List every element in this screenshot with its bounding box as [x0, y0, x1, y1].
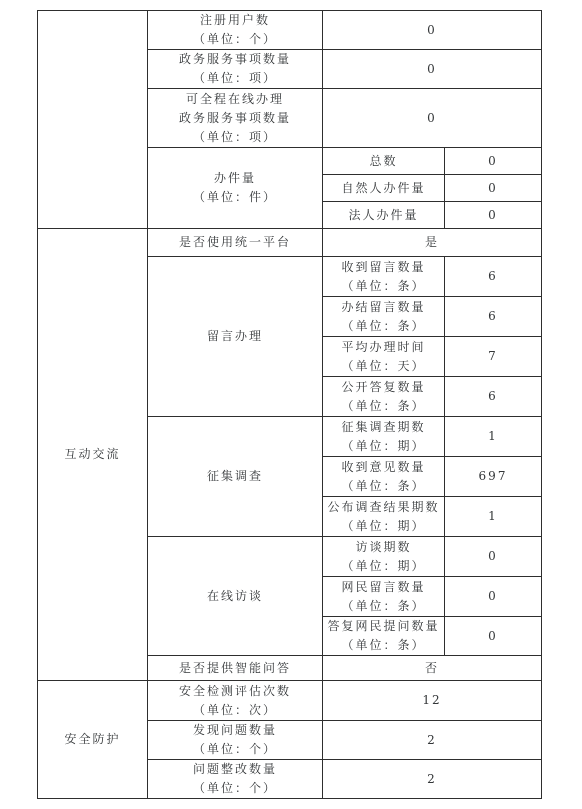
service-items-value: 0 [323, 50, 542, 89]
opinions-received-value: 697 [445, 457, 542, 497]
survey-results-value: 1 [445, 497, 542, 537]
problems-found-value: 2 [323, 721, 542, 760]
report-page: 注册用户数 （单位：个） 0 政务服务事项数量 （单位：项） 0 可全程在线办理… [0, 0, 582, 809]
interview-periods-value: 0 [445, 537, 542, 577]
message-handling-label: 留言办理 [148, 257, 323, 417]
opinions-received-label: 收到意见数量 （单位：条） [323, 457, 445, 497]
registered-users-label: 注册用户数 （单位：个） [148, 11, 323, 50]
smart-qa-value: 否 [323, 656, 542, 681]
public-replies-label: 公开答复数量 （单位：条） [323, 377, 445, 417]
online-interview-label: 在线访谈 [148, 537, 323, 656]
security-checks-label: 安全检测评估次数 （单位：次） [148, 681, 323, 721]
case-volume-label: 办件量 （单位：件） [148, 148, 323, 229]
smart-qa-label: 是否提供智能问答 [148, 656, 323, 681]
problems-found-label: 发现问题数量 （单位：个） [148, 721, 323, 760]
table-row: 安全防护 安全检测评估次数 （单位：次） 12 [38, 681, 542, 721]
case-total-label: 总数 [323, 148, 445, 175]
case-legal-person-label: 法人办件量 [323, 202, 445, 229]
case-total-value: 0 [445, 148, 542, 175]
case-legal-person-value: 0 [445, 202, 542, 229]
problems-rectified-label: 问题整改数量 （单位：个） [148, 760, 323, 799]
category-cell-security: 安全防护 [38, 681, 148, 799]
messages-resolved-label: 办结留言数量 （单位：条） [323, 297, 445, 337]
public-replies-value: 6 [445, 377, 542, 417]
survey-periods-label: 征集调查期数 （单位：期） [323, 417, 445, 457]
netizen-messages-label: 网民留言数量 （单位：条） [323, 577, 445, 617]
interview-periods-label: 访谈期数 （单位：期） [323, 537, 445, 577]
survey-periods-value: 1 [445, 417, 542, 457]
registered-users-value: 0 [323, 11, 542, 50]
category-cell-service [38, 11, 148, 229]
survey-label: 征集调查 [148, 417, 323, 537]
case-natural-person-value: 0 [445, 175, 542, 202]
unified-platform-value: 是 [323, 229, 542, 257]
service-items-label: 政务服务事项数量 （单位：项） [148, 50, 323, 89]
netizen-questions-answered-label: 答复网民提问数量 （单位：条） [323, 617, 445, 656]
annual-report-table: 注册用户数 （单位：个） 0 政务服务事项数量 （单位：项） 0 可全程在线办理… [37, 10, 542, 799]
case-natural-person-label: 自然人办件量 [323, 175, 445, 202]
unified-platform-label: 是否使用统一平台 [148, 229, 323, 257]
survey-results-label: 公布调查结果期数 （单位：期） [323, 497, 445, 537]
netizen-questions-answered-value: 0 [445, 617, 542, 656]
problems-rectified-value: 2 [323, 760, 542, 799]
table-row: 注册用户数 （单位：个） 0 [38, 11, 542, 50]
avg-handling-time-label: 平均办理时间 （单位：天） [323, 337, 445, 377]
online-service-items-value: 0 [323, 89, 542, 148]
online-service-items-label: 可全程在线办理 政务服务事项数量 （单位：项） [148, 89, 323, 148]
netizen-messages-value: 0 [445, 577, 542, 617]
avg-handling-time-value: 7 [445, 337, 542, 377]
security-checks-value: 12 [323, 681, 542, 721]
messages-resolved-value: 6 [445, 297, 542, 337]
messages-received-value: 6 [445, 257, 542, 297]
messages-received-label: 收到留言数量 （单位：条） [323, 257, 445, 297]
table-row: 互动交流 是否使用统一平台 是 [38, 229, 542, 257]
category-cell-interaction: 互动交流 [38, 229, 148, 681]
